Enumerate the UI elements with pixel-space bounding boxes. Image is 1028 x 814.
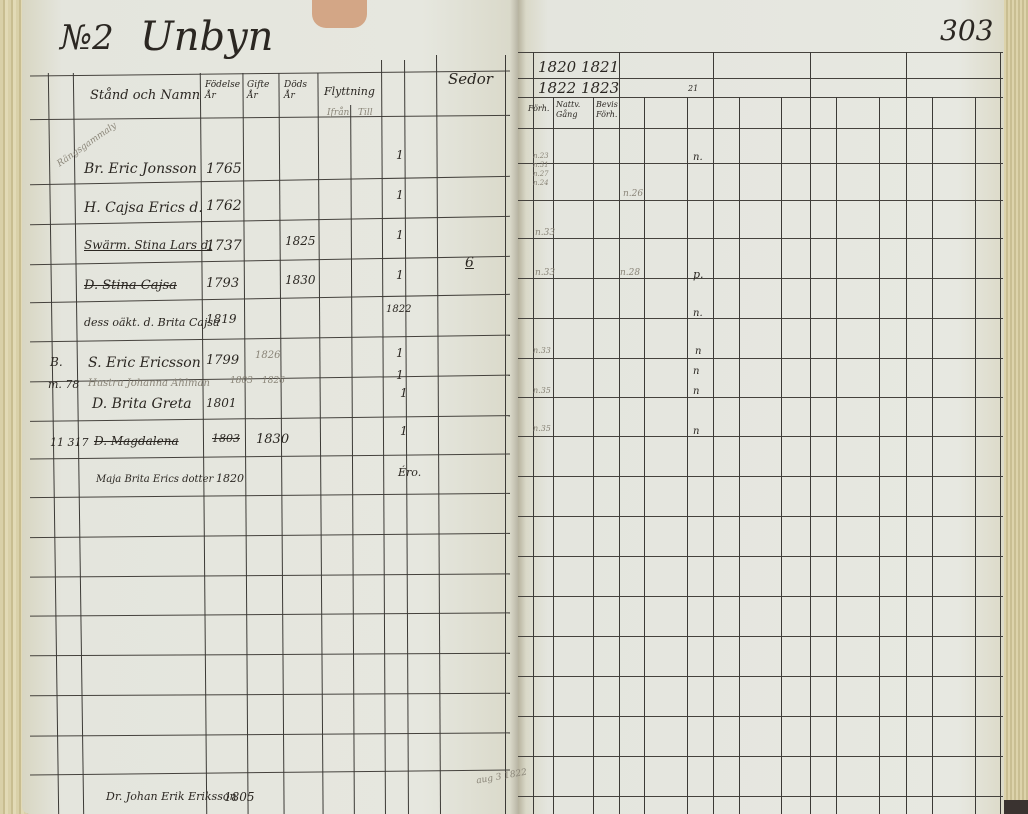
row-name: S. Eric Ericsson (88, 355, 201, 371)
row-mark: 1 (400, 386, 408, 400)
row-margin: B. (50, 355, 63, 369)
row-mark: 1 (396, 368, 404, 382)
rule (518, 97, 1003, 98)
col-header-from: Ifrån (327, 108, 349, 118)
rule (518, 476, 1003, 477)
rule (518, 436, 1003, 437)
row-mark: 1 (396, 148, 404, 162)
sub-col-bevis: Bevis Förh. (596, 100, 618, 120)
row-born: 1737 (206, 238, 242, 254)
rule (879, 97, 880, 814)
row-married: 1830 (256, 432, 289, 447)
rule (518, 200, 1003, 201)
rule (687, 97, 688, 814)
rule (518, 397, 1003, 398)
rule (518, 163, 1003, 164)
rule (518, 318, 1003, 319)
row-married: 1826 (262, 376, 285, 386)
row-name: D. Brita Greta (92, 396, 192, 412)
page-number: 303 (940, 14, 993, 47)
household-number: №2 (60, 18, 114, 58)
rule (932, 97, 933, 814)
open-ledger: №2 Unbyn Stånd och Namn Födelse År Gifte… (0, 0, 1028, 814)
rule (518, 716, 1003, 717)
rule (518, 756, 1003, 757)
entry-right: n (693, 366, 699, 377)
entry-forh: n.33 (535, 268, 555, 278)
row-born: 1819 (206, 312, 237, 326)
rule (518, 636, 1003, 637)
row-sedor: 6 (465, 255, 474, 271)
row-name: dess oäkt. d. Brita Cajsa (84, 316, 220, 329)
row-name: Hustru Johanna Ahlman (88, 378, 210, 389)
row-margin: m. 78 (48, 378, 79, 391)
page-edges-right (1004, 0, 1028, 800)
rule (619, 52, 620, 814)
entry-right: n (693, 426, 699, 437)
year-header-1: 1820 1821 (538, 58, 619, 76)
rule (1000, 52, 1001, 814)
book-gutter (510, 0, 526, 814)
rule (518, 676, 1003, 677)
row-died: 1830 (285, 273, 316, 287)
row-margin: 11 317 (50, 436, 89, 449)
rule (713, 52, 714, 814)
col-header-sedor: Sedor (448, 70, 493, 88)
rule (518, 278, 1003, 279)
row-mark: 1 (396, 188, 404, 202)
rule (505, 55, 506, 814)
row-name: D. Magdalena (94, 434, 179, 448)
row-died: 1825 (285, 234, 316, 248)
footer-year: 1805 (224, 790, 255, 804)
row-born: 1803 (230, 376, 253, 386)
rule (518, 556, 1003, 557)
row-mark: Éro. (398, 466, 421, 479)
entry-forh: n.33 (533, 346, 551, 355)
row-born: 1765 (206, 161, 242, 177)
sub-col-nattv: Nattv. Gång (556, 100, 592, 120)
entry-right: n. (693, 152, 703, 163)
row-mark: 1 (396, 268, 404, 282)
rule (644, 97, 645, 814)
row-born: 1799 (206, 353, 239, 368)
rule (739, 97, 740, 814)
row-born: 1801 (206, 396, 237, 410)
rule (518, 52, 1003, 53)
rule (518, 358, 1003, 359)
entry-mid: n.28 (620, 268, 640, 278)
rule (593, 97, 594, 814)
top-mark: 21 (688, 84, 698, 93)
rule (975, 97, 976, 814)
entry-forh: n.23 n.31 n.27 n.24 (533, 152, 551, 188)
entry-forh: n.35 (533, 386, 551, 395)
rule (518, 238, 1003, 239)
row-name: Swärm. Stina Lars d. (84, 238, 212, 252)
entry-right: p. (693, 268, 704, 281)
row-name: H. Cajsa Erics d. (84, 200, 203, 216)
row-born: 1762 (206, 198, 242, 214)
row-born: 1803 (212, 432, 240, 445)
col-header-name: Stånd och Namn (90, 88, 200, 103)
row-mark: 1 (396, 346, 404, 360)
row-born: 1820 (216, 472, 244, 485)
col-header-to: Till (358, 108, 373, 118)
rule (906, 52, 907, 814)
rule (518, 796, 1003, 797)
rule (836, 97, 837, 814)
rule (518, 596, 1003, 597)
rule (518, 128, 1003, 129)
col-header-married: Gifte År (247, 80, 279, 102)
rule (553, 97, 554, 814)
entry-right: n (693, 386, 699, 397)
rule (781, 97, 782, 814)
entry-mid: n.26 (623, 189, 643, 199)
entry-right: n. (693, 308, 703, 319)
col-header-died: Döds År (284, 80, 318, 102)
entry-right: n (695, 346, 701, 357)
place-heading: Unbyn (140, 14, 273, 60)
col-header-move: Flyttning (324, 85, 375, 98)
row-born: 1793 (206, 276, 239, 291)
footer-name: Dr. Johan Erik Eriksson (106, 790, 237, 803)
row-name: D. Stina Cajsa (84, 278, 177, 293)
rule (810, 52, 811, 814)
row-married: 1826 (255, 350, 280, 361)
row-name: Br. Eric Jonsson (84, 161, 197, 177)
entry-forh: n.33 (535, 228, 555, 238)
row-mark: 1822 (386, 304, 411, 315)
bookmark-tab (312, 0, 367, 28)
year-header-2: 1822 1823 (538, 79, 619, 97)
row-mark: 1 (400, 424, 408, 438)
row-name: Maja Brita Erics dotter (96, 474, 213, 485)
sub-col-forh: Förh. (528, 104, 549, 113)
entry-forh: n.35 (533, 424, 551, 433)
col-header-born: Födelse År (205, 80, 241, 102)
row-mark: 1 (396, 228, 404, 242)
rule (518, 516, 1003, 517)
